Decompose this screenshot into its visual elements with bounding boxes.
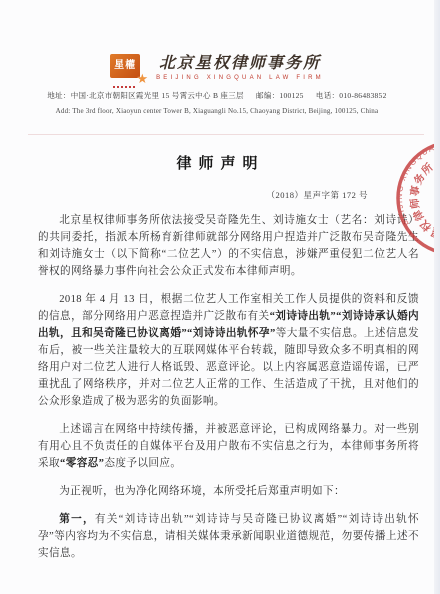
firm-emblem: 星權 ★ — [110, 54, 146, 82]
emphasized-text: 第一， — [59, 514, 95, 525]
firm-names: 北京星权律师事务所 BEIJING XINGQUAN LAW FIRM — [156, 55, 324, 81]
firm-name-cn: 北京星权律师事务所 — [159, 55, 321, 73]
page-title: 律师声明 — [0, 152, 434, 173]
address-line-cn: 地址：中国·北京市朝阳区霞光里 15 号霄云中心 B 座三层 邮编：100125… — [0, 90, 434, 101]
body-text: 北京星权律师事务所依法接受吴奇隆先生、刘诗施女士（艺名：刘诗诗）的共同委托，指派… — [38, 215, 419, 277]
address-line-en: Add: The 3rd floor, Xiaoyun center Tower… — [0, 107, 434, 115]
emphasized-text: “零容忍” — [60, 458, 104, 469]
firm-name-en: BEIJING XINGQUAN LAW FIRM — [156, 75, 324, 81]
postcode: 邮编：100125 — [256, 91, 304, 100]
paragraph: 2018 年 4 月 13 日，根据二位艺人工作室相关工作人员提供的资料和反馈的… — [38, 291, 419, 410]
body-text: 等大量不实信息。上述信息发布后，被一些关注量较大的互联网媒体平台转载，随即导致众… — [38, 328, 419, 407]
phone: 电话：010-86483852 — [316, 91, 387, 100]
body-text: 有关“刘诗诗出轨”“刘诗诗与吴奇隆已协议离婚”“刘诗诗出轨怀孕”等内容均为不实信… — [38, 514, 419, 559]
letterhead: 星權 ★ 北京星权律师事务所 BEIJING XINGQUAN LAW FIRM… — [0, 54, 434, 115]
body-text: 态度予以回应。 — [104, 458, 181, 469]
star-icon: ★ — [136, 72, 148, 85]
firm-logo: 星權 ★ 北京星权律师事务所 BEIJING XINGQUAN LAW FIRM — [0, 54, 434, 82]
body-paragraphs: 北京星权律师事务所依法接受吴奇隆先生、刘诗施女士（艺名：刘诗诗）的共同委托，指派… — [38, 212, 419, 573]
document-number: （2018）星声字第 172 号 — [266, 189, 368, 201]
paragraph: 为正视听，也为净化网络环境，本所受托后郑重声明如下： — [38, 483, 419, 500]
address-cn: 地址：中国·北京市朝阳区霞光里 15 号霄云中心 B 座三层 — [47, 91, 244, 100]
letterhead-divider — [28, 134, 424, 135]
photo-edge-shadow — [434, 0, 440, 594]
lawyer-statement-document: 星權 ★ 北京星权律师事务所 BEIJING XINGQUAN LAW FIRM… — [0, 0, 440, 594]
body-text: 为正视听，也为净化网络环境，本所受托后郑重声明如下： — [59, 486, 345, 497]
paragraph: 北京星权律师事务所依法接受吴奇隆先生、刘诗施女士（艺名：刘诗诗）的共同委托，指派… — [38, 212, 419, 280]
paragraph: 上述谣言在网络中持续传播，并被恶意评论，已构成网络暴力。对一些别有用心且不负责任… — [38, 421, 419, 472]
emblem-subtext-decoration — [113, 86, 137, 88]
paragraph: 第一，有关“刘诗诗出轨”“刘诗诗与吴奇隆已协议离婚”“刘诗诗出轨怀孕”等内容均为… — [38, 511, 419, 562]
